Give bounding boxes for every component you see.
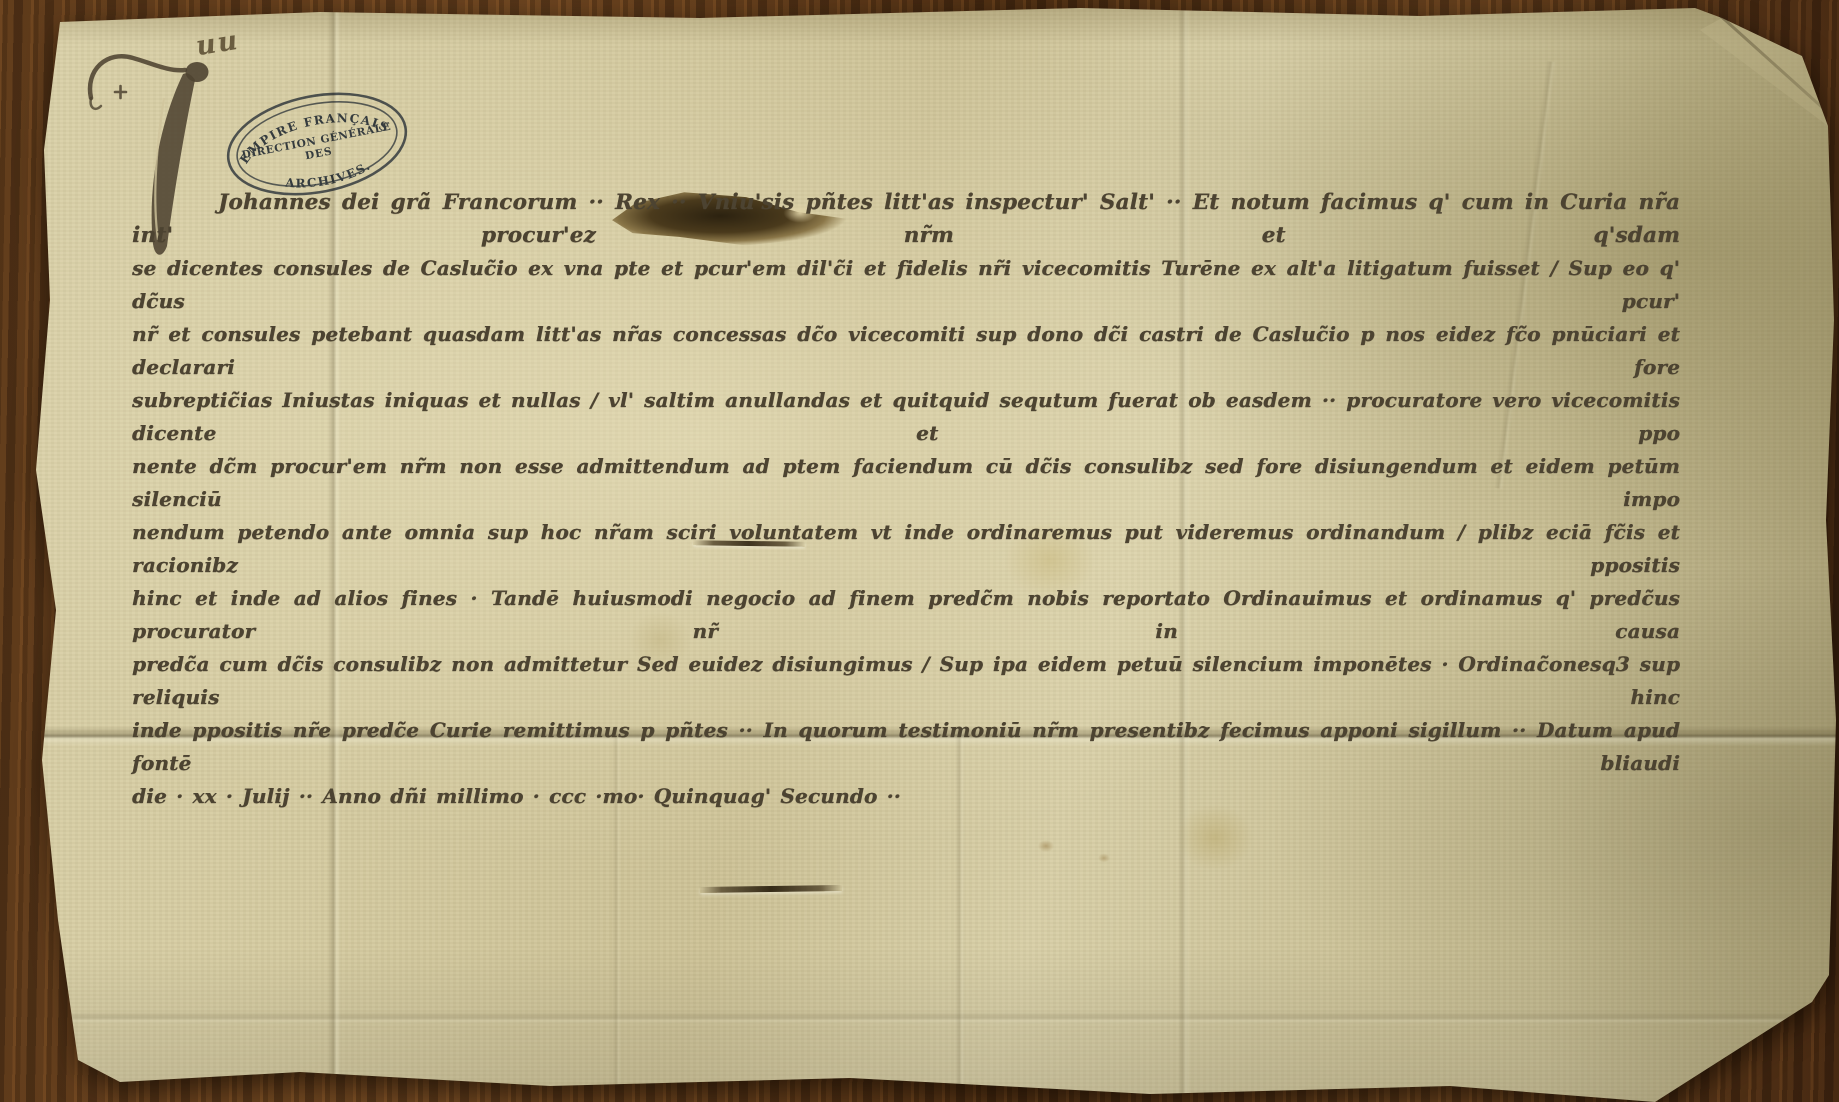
manuscript-line: subreptic̃ias Iniustas iniquas et nullas… (132, 384, 1680, 450)
stain-spot (1035, 838, 1057, 854)
lower-horizontal-crease (0, 1012, 1839, 1024)
manuscript-line: nr̃ et consules petebant quasdam litt'as… (132, 318, 1680, 384)
manuscript-line: inde ppositis nr̃e predc̃e Curie remitti… (132, 714, 1680, 780)
manuscript-line: nendum petendo ante omnia sup hoc nr̃am … (132, 516, 1680, 582)
manuscript-text-block: Johannes dei grã Francorum ·· Rex ·· Vni… (132, 186, 1680, 813)
seal-slit-lower (700, 885, 842, 893)
manuscript-line: hinc et inde ad alios fines · Tandē huiu… (132, 582, 1680, 648)
folded-corner-crease-line (1712, 8, 1839, 137)
parchment-shadow: uu EMPIRE FRANÇAIS (0, 0, 1839, 1102)
manuscript-line: nente dc̃m procur'em nr̃m non esse admit… (132, 450, 1680, 516)
manuscript-line: predc̃a cum dc̃is consulibz non admittet… (132, 648, 1680, 714)
stain-spot (1096, 852, 1112, 864)
manuscript-date-line: die · xx · Julij ·· Anno dñi millimo · c… (132, 780, 1680, 813)
manuscript-line: Johannes dei grã Francorum ·· Rex ·· Vni… (132, 186, 1680, 252)
manuscript-line: se dicentes consules de Casluc̃io ex vna… (132, 252, 1680, 318)
parchment-sheet: uu EMPIRE FRANÇAIS (0, 0, 1839, 1102)
photo-of-charter: uu EMPIRE FRANÇAIS (0, 0, 1839, 1102)
